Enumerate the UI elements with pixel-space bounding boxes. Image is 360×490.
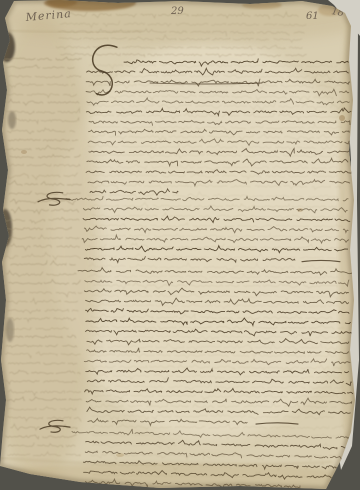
manuscript-scan: Merina 29 61 18 <box>0 0 360 490</box>
manuscript-page-svg: Merina 29 61 18 <box>0 0 360 490</box>
folio-number-center: 29 <box>170 6 184 17</box>
corner-number-left: 61 <box>306 11 319 22</box>
